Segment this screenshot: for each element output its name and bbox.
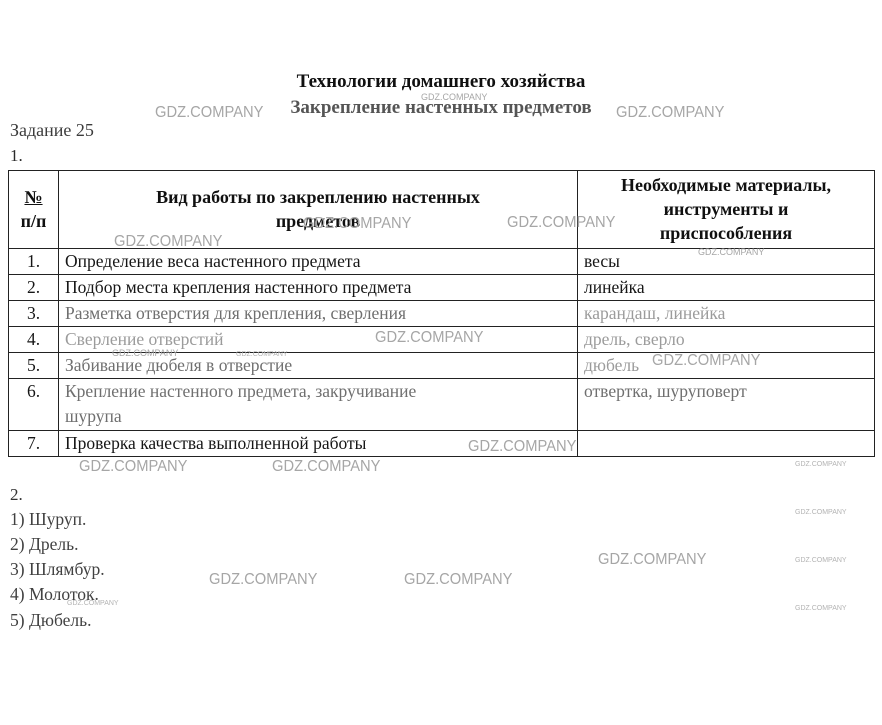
watermark: GDZ.COMPANY: [404, 571, 513, 589]
row-materials: дюбель: [578, 353, 875, 379]
header-number-sub: п/п: [21, 211, 47, 231]
watermark: GDZ.COMPANY: [209, 571, 318, 589]
table-row: 7. Проверка качества выполненной работы: [9, 431, 875, 457]
row-number: 2.: [9, 275, 59, 301]
list-item: 2) Дрель.: [10, 534, 79, 555]
row-number: 3.: [9, 301, 59, 327]
row-work: Крепление настенного предмета, закручива…: [59, 379, 578, 431]
part2-label: 2.: [10, 485, 23, 505]
row-number: 4.: [9, 327, 59, 353]
table-row: 5. Забивание дюбеля в отверстие дюбель: [9, 353, 875, 379]
table-row: 3. Разметка отверстия для крепления, све…: [9, 301, 875, 327]
table-row: 1. Определение веса настенного предмета …: [9, 249, 875, 275]
row-work: Подбор места крепления настенного предме…: [59, 275, 578, 301]
list-item: 5) Дюбель.: [10, 610, 92, 631]
row-work: Проверка качества выполненной работы: [59, 431, 578, 457]
row-materials: линейка: [578, 275, 875, 301]
header-cell-number: №п/п: [9, 171, 59, 249]
row-work: Забивание дюбеля в отверстие: [59, 353, 578, 379]
header-number-sign: №: [24, 187, 42, 207]
row-materials: дрель, сверло: [578, 327, 875, 353]
row-materials: карандаш, линейка: [578, 301, 875, 327]
list-item: 4) Молоток.: [10, 584, 99, 605]
watermark: GDZ.COMPANY: [272, 458, 381, 476]
row-number: 6.: [9, 379, 59, 431]
part1-label: 1.: [10, 146, 23, 166]
watermark: GDZ.COMPANY: [795, 605, 847, 612]
row-number: 1.: [9, 249, 59, 275]
watermark: GDZ.COMPANY: [795, 509, 847, 516]
watermark: GDZ.COMPANY: [598, 551, 707, 569]
row-work: Сверление отверстий: [59, 327, 578, 353]
row-number: 5.: [9, 353, 59, 379]
row-work: Разметка отверстия для крепления, сверле…: [59, 301, 578, 327]
table-row: 2. Подбор места крепления настенного пре…: [9, 275, 875, 301]
work-steps-table: №п/п Вид работы по закреплению настенных…: [8, 170, 875, 457]
watermark: GDZ.COMPANY: [795, 461, 847, 468]
table-row: 6. Крепление настенного предмета, закруч…: [9, 379, 875, 431]
table-row: 4. Сверление отверстий дрель, сверло: [9, 327, 875, 353]
row-number: 7.: [9, 431, 59, 457]
watermark: GDZ.COMPANY: [795, 557, 847, 564]
header-cell-work: Вид работы по закреплению настенных пред…: [59, 171, 578, 249]
list-item: 3) Шлямбур.: [10, 559, 105, 580]
list-item: 1) Шуруп.: [10, 509, 86, 530]
row-materials: отвертка, шуруповерт: [578, 379, 875, 431]
task-number-label: Задание 25: [10, 120, 94, 141]
row-materials: [578, 431, 875, 457]
row-materials: весы: [578, 249, 875, 275]
watermark: GDZ.COMPANY: [79, 458, 188, 476]
page-subtitle: Закрепление настенных предметов: [0, 97, 882, 119]
table-header-row: №п/п Вид работы по закреплению настенных…: [9, 171, 875, 249]
row-work: Определение веса настенного предмета: [59, 249, 578, 275]
page-title: Технологии домашнего хозяйства: [0, 71, 882, 93]
header-cell-materials: Необходимые материалы, инструменты и при…: [578, 171, 875, 249]
